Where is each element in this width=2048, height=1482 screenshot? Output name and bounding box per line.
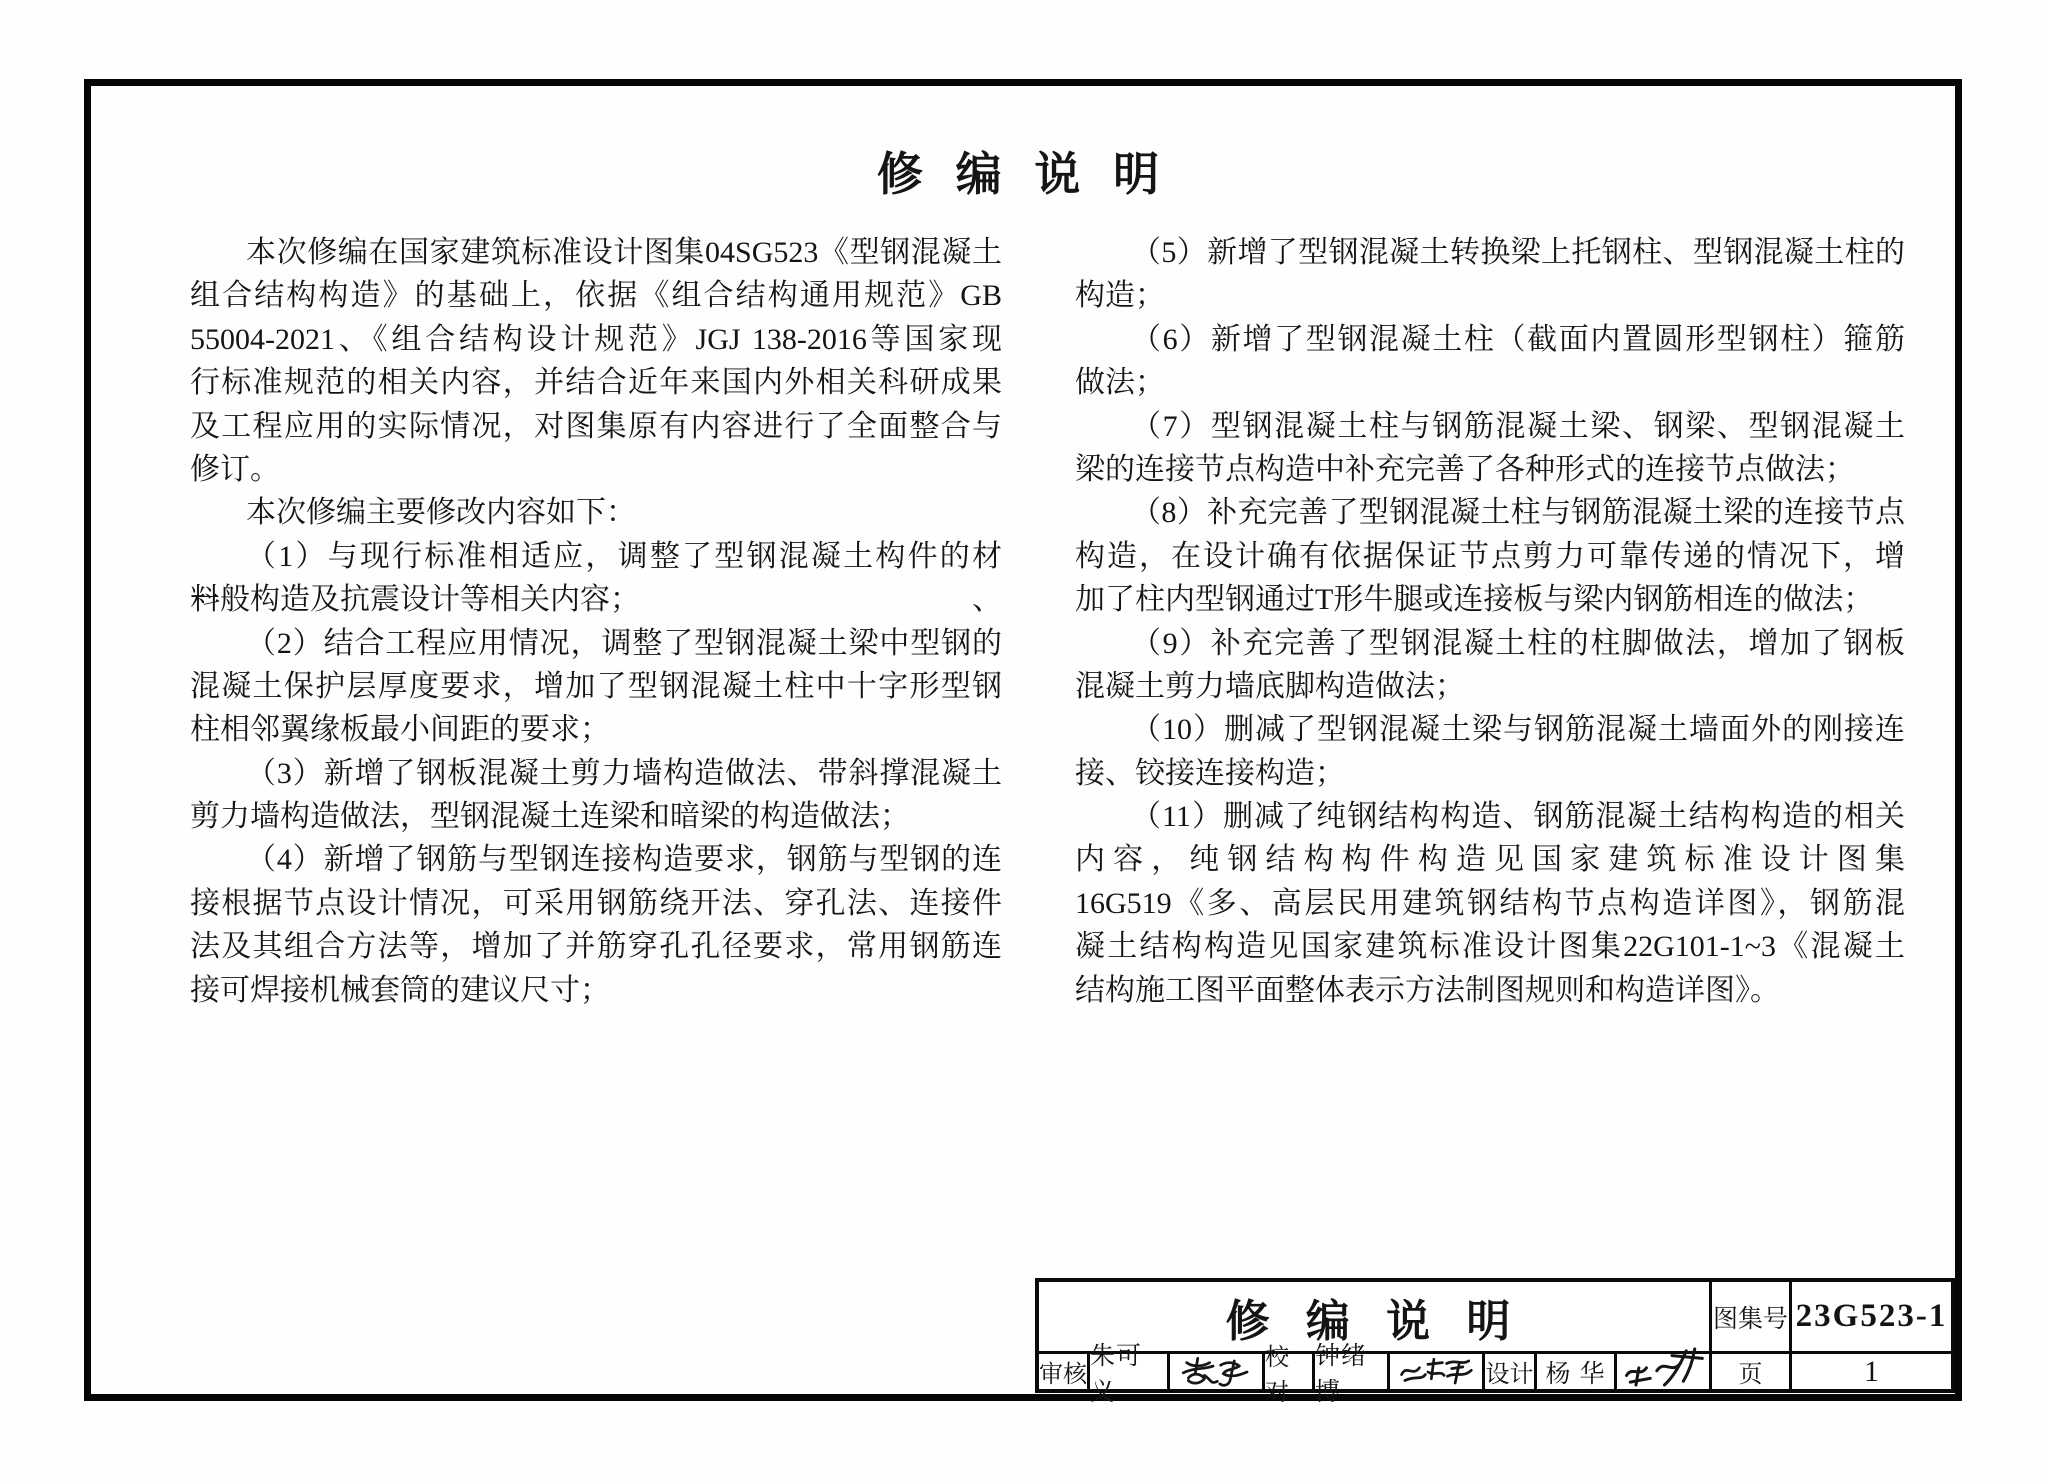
designer-name: 杨 华 <box>1534 1351 1614 1389</box>
text-line: （5）新增了型钢混凝土转换梁上托钢柱、型钢混凝土柱的 <box>1075 231 1905 274</box>
text-line: （10）删减了型钢混凝土梁与钢筋混凝土墙面外的刚接连 <box>1075 708 1905 751</box>
text-line: 组合结构构造》的基础上，依据《组合结构通用规范》GB <box>190 274 1002 317</box>
handwritten-signature-icon <box>1392 1355 1480 1389</box>
reviewer-label: 审核 <box>1039 1351 1087 1389</box>
text-line: 本次修编在国家建筑标准设计图集04SG523《型钢混凝土 <box>190 231 1002 274</box>
text-line: 本次修编主要修改内容如下： <box>190 491 1002 534</box>
text-line: （9）补充完善了型钢混凝土柱的柱脚做法，增加了钢板 <box>1075 622 1905 665</box>
text-line: 接可焊接机械套筒的建议尺寸； <box>190 969 1002 1012</box>
page-title: 修 编 说 明 <box>84 144 1962 204</box>
text-line: 柱相邻翼缘板最小间距的要求； <box>190 708 1002 751</box>
text-line: 加了柱内型钢通过T形牛腿或连接板与梁内钢筋相连的做法； <box>1075 578 1905 621</box>
proofreader-signature <box>1387 1351 1482 1389</box>
atlas-number-label: 图集号 <box>1709 1282 1789 1351</box>
text-line: （3）新增了钢板混凝土剪力墙构造做法、带斜撑混凝土 <box>190 752 1002 795</box>
text-line: 接、铰接连接构造； <box>1075 752 1905 795</box>
text-line: 构造； <box>1075 274 1905 317</box>
proofreader-label: 校对 <box>1262 1351 1312 1389</box>
text-line: （11）删减了纯钢结构构造、钢筋混凝土结构构造的相关 <box>1075 795 1905 838</box>
text-line: 及工程应用的实际情况，对图集原有内容进行了全面整合与 <box>190 405 1002 448</box>
text-line: 16G519《多、高层民用建筑钢结构节点构造详图》，钢筋混 <box>1075 882 1905 925</box>
handwritten-signature-icon <box>1172 1355 1260 1389</box>
text-line: 做法； <box>1075 361 1905 404</box>
page-label: 页 <box>1709 1351 1789 1389</box>
document-page: 修 编 说 明 本次修编在国家建筑标准设计图集04SG523《型钢混凝土组合结构… <box>0 0 2048 1482</box>
text-line: 法及其组合方法等，增加了并筋穿孔孔径要求，常用钢筋连 <box>190 925 1002 968</box>
text-line: 混凝土保护层厚度要求，增加了型钢混凝土柱中十字形型钢 <box>190 665 1002 708</box>
page-number: 1 <box>1789 1351 1951 1389</box>
text-line: （7）型钢混凝土柱与钢筋混凝土梁、钢梁、型钢混凝土 <box>1075 405 1905 448</box>
text-line: （4）新增了钢筋与型钢连接构造要求，钢筋与型钢的连 <box>190 838 1002 881</box>
text-line: （8）补充完善了型钢混凝土柱与钢筋混凝土梁的连接节点 <box>1075 491 1905 534</box>
text-line: 内容，纯钢结构构件构造见国家建筑标准设计图集 <box>1075 838 1905 881</box>
text-line: 55004-2021、《组合结构设计规范》JGJ 138-2016等国家现 <box>190 318 1002 361</box>
handwritten-signature-icon <box>1618 1343 1708 1389</box>
text-line: 行标准规范的相关内容，并结合近年来国内外相关科研成果 <box>190 361 1002 404</box>
text-line: 结构施工图平面整体表示方法制图规则和构造详图》。 <box>1075 969 1905 1012</box>
text-line: 构造，在设计确有依据保证节点剪力可靠传递的情况下，增 <box>1075 535 1905 578</box>
text-line: （1）与现行标准相适应，调整了型钢混凝土构件的材料、 <box>190 535 1002 578</box>
reviewer-name: 朱可义 <box>1087 1351 1167 1389</box>
reviewer-signature <box>1167 1351 1262 1389</box>
text-line: 接根据节点设计情况，可采用钢筋绕开法、穿孔法、连接件 <box>190 882 1002 925</box>
designer-label: 设计 <box>1482 1351 1534 1389</box>
left-text-column: 本次修编在国家建筑标准设计图集04SG523《型钢混凝土组合结构构造》的基础上，… <box>190 231 1002 1012</box>
designer-signature <box>1614 1351 1709 1389</box>
text-line: 凝土结构构造见国家建筑标准设计图集22G101-1~3《混凝土 <box>1075 925 1905 968</box>
text-line: 混凝土剪力墙底脚构造做法； <box>1075 665 1905 708</box>
proofreader-name: 钟绪博 <box>1312 1351 1387 1389</box>
text-line: （2）结合工程应用情况，调整了型钢混凝土梁中型钢的 <box>190 622 1002 665</box>
right-text-column: （5）新增了型钢混凝土转换梁上托钢柱、型钢混凝土柱的构造；（6）新增了型钢混凝土… <box>1075 231 1905 1012</box>
text-line: （6）新增了型钢混凝土柱（截面内置圆形型钢柱）箍筋 <box>1075 318 1905 361</box>
text-line: 剪力墙构造做法，型钢混凝土连梁和暗梁的构造做法； <box>190 795 1002 838</box>
atlas-number: 23G523-1 <box>1789 1282 1951 1351</box>
title-block: 修 编 说 明 图集号 23G523-1 审核 朱可义 校对 钟绪博 设计 杨 … <box>1035 1278 1955 1393</box>
text-line: 梁的连接节点构造中补充完善了各种形式的连接节点做法； <box>1075 448 1905 491</box>
text-line: 修订。 <box>190 448 1002 491</box>
